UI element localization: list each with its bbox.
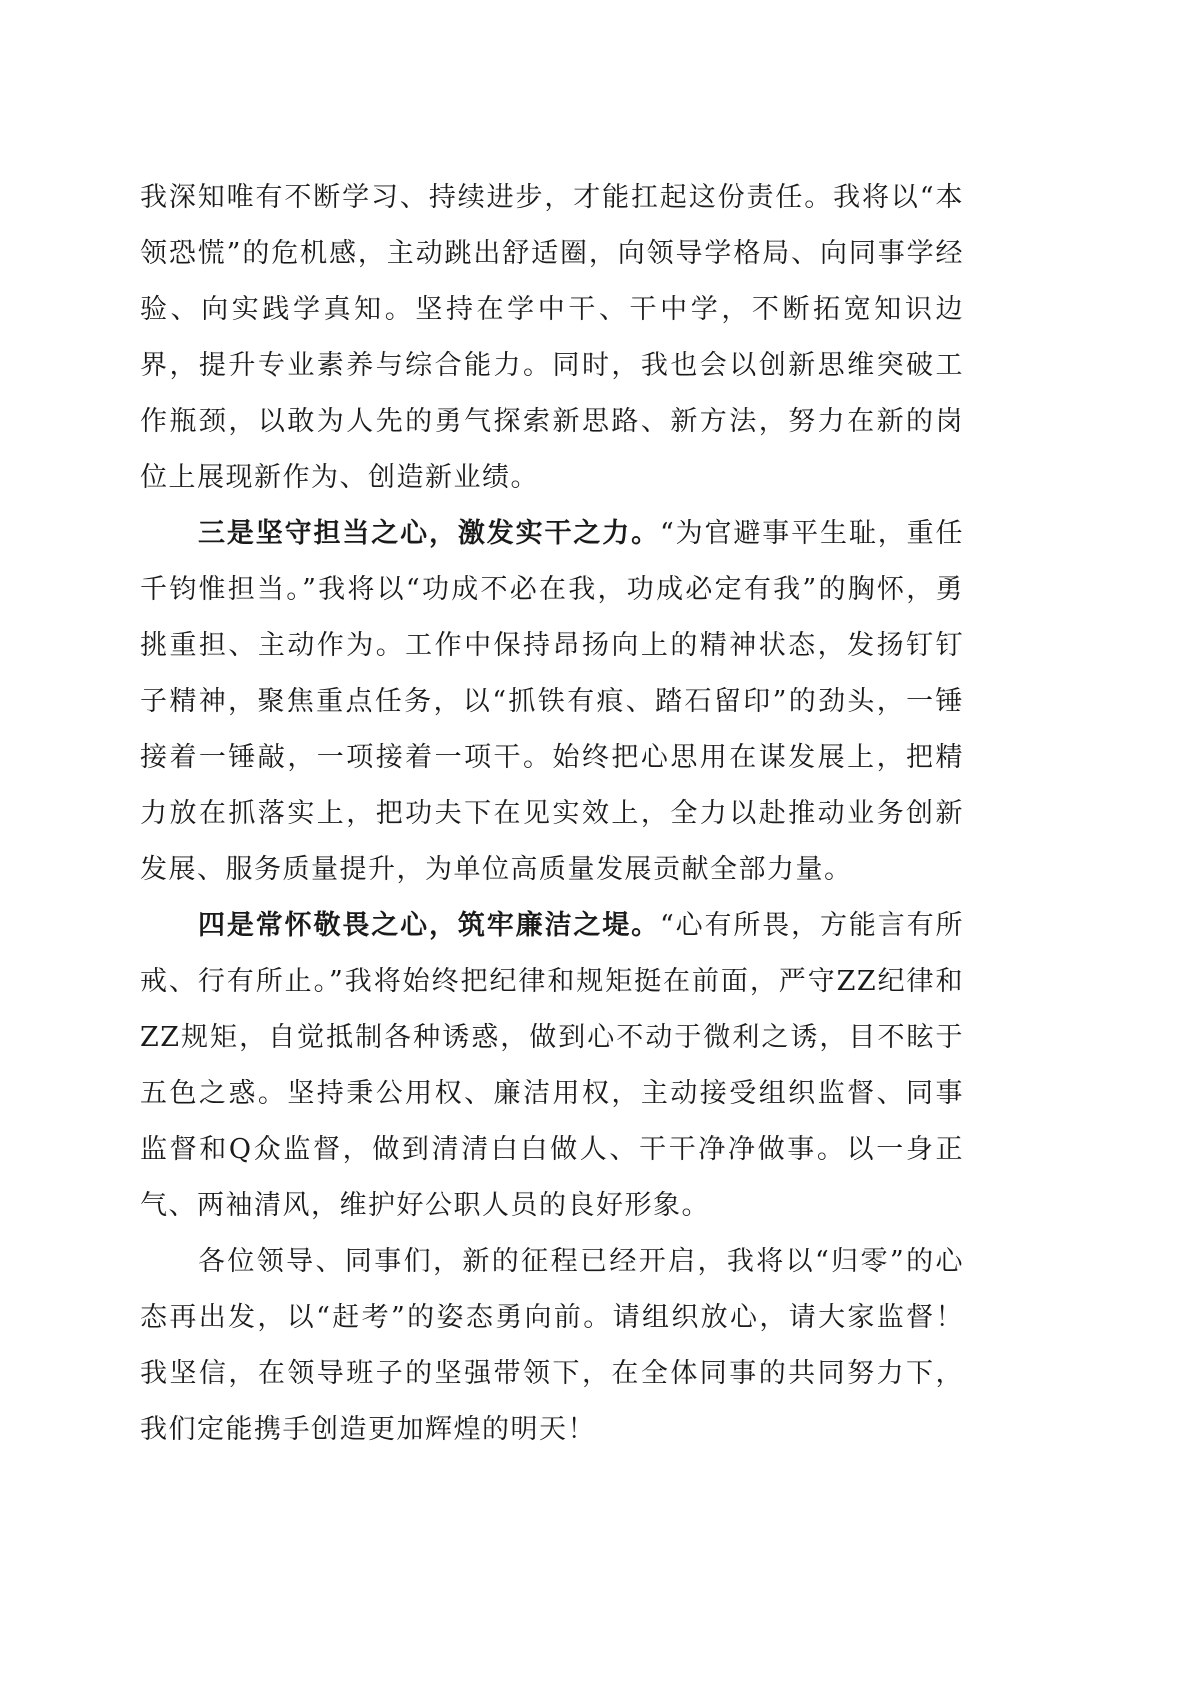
paragraph-text: 各位领导、同事们，新的征程已经开启，我将以“归零”的心态再出发，以“赶考”的姿态…: [140, 1246, 964, 1445]
paragraph-heading: 三是坚守担当之心，激发实干之力。: [198, 518, 660, 549]
paragraph-integrity: 四是常怀敬畏之心，筑牢廉洁之堤。“心有所畏，方能言有所戒、行有所止。”我将始终把…: [140, 898, 964, 1234]
paragraph-text: “心有所畏，方能言有所戒、行有所止。”我将始终把纪律和规矩挺在前面，严守ZZ纪律…: [140, 910, 964, 1221]
paragraph-text: 我深知唯有不断学习、持续进步，才能扛起这份责任。我将以“本领恐慌”的危机感，主动…: [140, 182, 964, 493]
paragraph-closing: 各位领导、同事们，新的征程已经开启，我将以“归零”的心态再出发，以“赶考”的姿态…: [140, 1234, 964, 1458]
paragraph-learning: 我深知唯有不断学习、持续进步，才能扛起这份责任。我将以“本领恐慌”的危机感，主动…: [140, 170, 964, 506]
paragraph-heading: 四是常怀敬畏之心，筑牢廉洁之堤。: [198, 910, 660, 941]
paragraph-responsibility: 三是坚守担当之心，激发实干之力。“为官避事平生耻，重任千钧惟担当。”我将以“功成…: [140, 506, 964, 898]
paragraph-text: “为官避事平生耻，重任千钧惟担当。”我将以“功成不必在我，功成必定有我”的胸怀，…: [140, 518, 964, 885]
document-page: 我深知唯有不断学习、持续进步，才能扛起这份责任。我将以“本领恐慌”的危机感，主动…: [140, 170, 964, 1458]
